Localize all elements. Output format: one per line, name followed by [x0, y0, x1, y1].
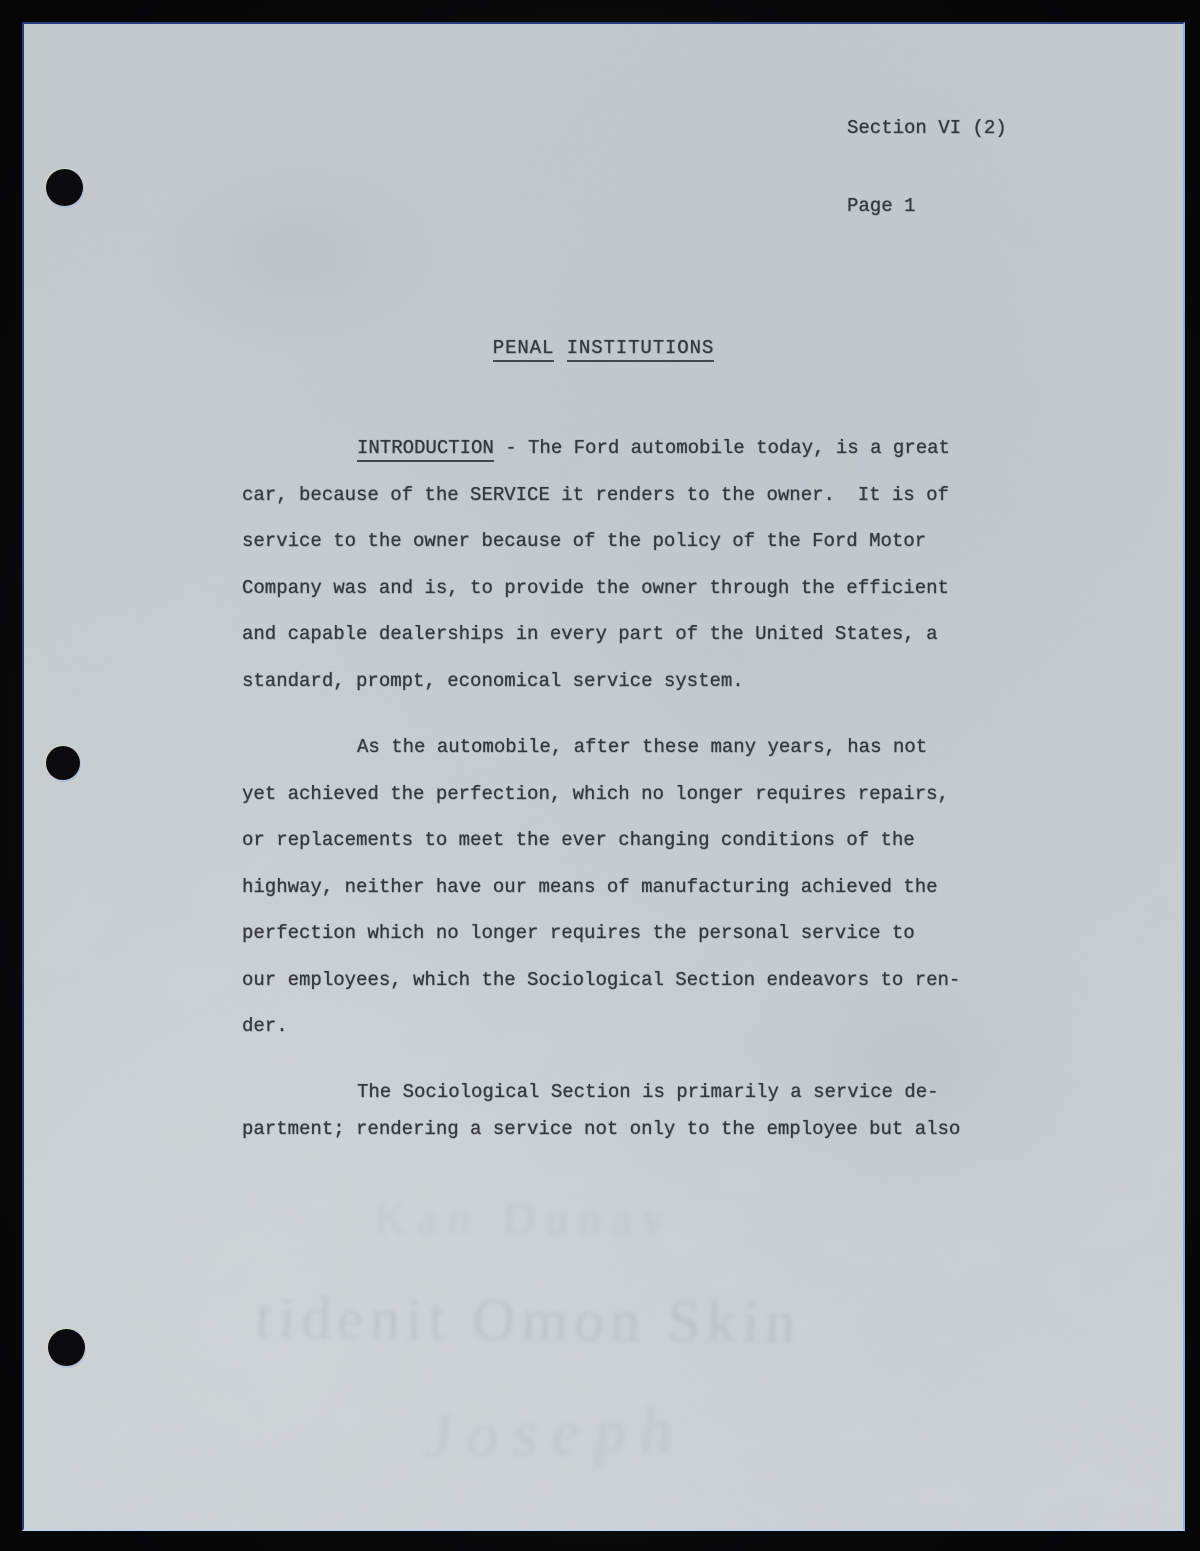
page-title: PENAL INSTITUTIONS: [24, 337, 1183, 359]
corner-label: Section VI (2) Page 1: [847, 63, 1007, 271]
body-line: The Sociological Section is primarily a …: [242, 1074, 984, 1111]
introduction-lead: INTRODUCTION: [357, 437, 494, 462]
paragraph-introduction: INTRODUCTION - The Ford automobile today…: [242, 425, 984, 704]
body-line: highway, neither have our means of manuf…: [242, 864, 984, 911]
section-label: Section VI (2): [847, 115, 1007, 141]
body-line: Company was and is, to provide the owner…: [242, 565, 984, 612]
introduction-lead-rest: - The Ford automobile today, is a great: [494, 437, 950, 459]
scan-smudge: [144, 154, 444, 354]
body-line: car, because of the SERVICE it renders t…: [242, 472, 984, 519]
paragraph-automobile: As the automobile, after these many year…: [242, 724, 984, 1050]
body-line: der.: [242, 1003, 984, 1050]
body-line: yet achieved the perfection, which no lo…: [242, 771, 984, 818]
title-word-2: INSTITUTIONS: [567, 337, 715, 362]
scanner-background: Section VI (2) Page 1 PENAL INSTITUTIONS…: [0, 0, 1200, 1551]
bleed-through-text: tidenit Omon Skin: [255, 1284, 803, 1358]
body-line: our employees, which the Sociological Se…: [242, 957, 984, 1004]
body-line: service to the owner because of the poli…: [242, 518, 984, 565]
document-page: Section VI (2) Page 1 PENAL INSTITUTIONS…: [22, 22, 1185, 1531]
body-line: INTRODUCTION - The Ford automobile today…: [242, 425, 984, 472]
body-line: partment; rendering a service not only t…: [242, 1111, 984, 1148]
body-line: perfection which no longer requires the …: [242, 910, 984, 957]
punch-hole-bottom: [48, 1329, 85, 1366]
body-line: As the automobile, after these many year…: [242, 724, 984, 771]
bleed-through-text: Kan Dunav: [373, 1192, 677, 1245]
bleed-through-signature: Joseph: [423, 1393, 687, 1474]
punch-hole-middle: [46, 746, 80, 780]
body-line: or replacements to meet the ever changin…: [242, 817, 984, 864]
body-line: standard, prompt, economical service sys…: [242, 658, 984, 705]
body-line: and capable dealerships in every part of…: [242, 611, 984, 658]
page-number-label: Page 1: [847, 193, 1007, 219]
title-word-separator: [554, 337, 566, 359]
paragraph-sociological-section: The Sociological Section is primarily a …: [242, 1074, 984, 1148]
title-word-1: PENAL: [493, 337, 555, 362]
punch-hole-top: [46, 169, 83, 206]
